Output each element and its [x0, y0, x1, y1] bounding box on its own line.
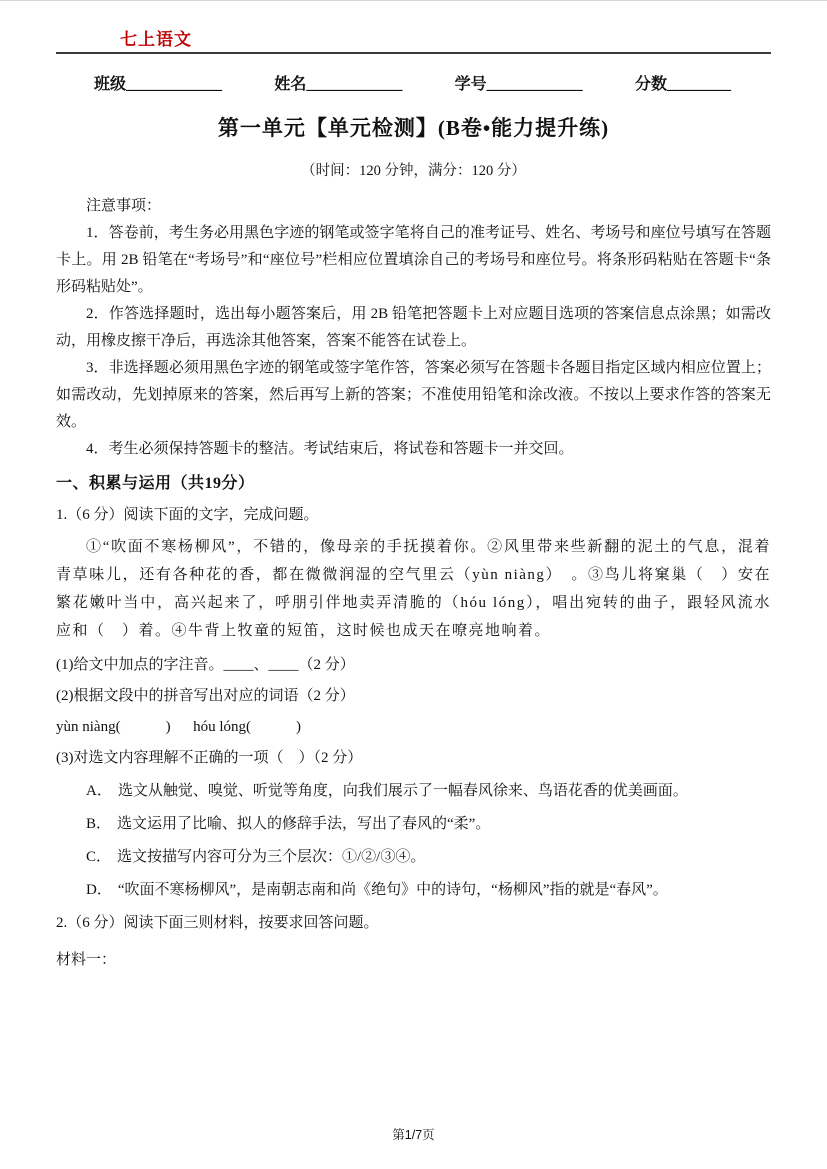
notice-item-1: 1．答卷前，考生务必用黑色字迹的钢笔或签字笔将自己的准考证号、姓名、考场号和座位… [56, 220, 771, 301]
student-id-field: 学号____________ [455, 71, 583, 94]
notice-item-2: 2．作答选择题时，选出每小题答案后，用 2B 铅笔把答题卡上对应题目选项的答案信… [56, 301, 771, 355]
option-b-text: 选文运用了比喻、拟人的修辞手法，写出了春风的“柔”。 [117, 816, 490, 832]
option-c-letter: C． [86, 849, 111, 865]
exam-page: 七上语文 班级____________ 姓名____________ 学号___… [0, 0, 827, 1169]
student-id-blank: ____________ [487, 76, 583, 93]
subquestion-2: (2)根据文段中的拼音写出对应的词语（2 分） [56, 686, 771, 707]
option-a: A．选文从触觉、嗅觉、听觉等角度，向我们展示了一幅春风徐来、鸟语花香的优美画面。 [56, 781, 771, 802]
notice-item-4: 4．考生必须保持答题卡的整洁。考试结束后，将试卷和答题卡一并交回。 [56, 436, 771, 463]
question-2-intro: 2.（6 分）阅读下面三则材料，按要求回答问题。 [56, 913, 771, 934]
course-label: 七上语文 [120, 30, 192, 49]
exam-meta: （时间：120 分钟，满分：120 分） [56, 159, 771, 180]
student-id-label: 学号 [455, 76, 487, 93]
reading-passage: ①“吹面不寒杨柳风”，不错的，像母亲的手抚摸着你。②风里带来些新翻的泥土的气息，… [56, 533, 771, 645]
page-number: 第1/7页 [0, 1125, 827, 1143]
option-b-letter: B． [86, 816, 111, 832]
score-field: 分数________ [635, 71, 731, 94]
header-divider [56, 52, 771, 54]
option-c-text: 选文按描写内容可分为三个层次：①/②/③④。 [117, 849, 425, 865]
score-label: 分数 [635, 76, 667, 93]
pinyin-answer-blanks: yùn niàng( ) hóu lóng( ) [56, 717, 771, 738]
class-field: 班级____________ [94, 71, 222, 94]
option-d: D．“吹面不寒杨柳风”，是南朝志南和尚《绝句》中的诗句，“杨柳风”指的就是“春风… [56, 880, 771, 901]
student-info-row: 班级____________ 姓名____________ 学号________… [56, 71, 771, 94]
page-title: 第一单元【单元检测】(B卷•能力提升练) [56, 112, 771, 142]
name-field: 姓名____________ [274, 71, 402, 94]
option-d-letter: D． [86, 882, 112, 898]
class-label: 班级 [94, 76, 126, 93]
option-a-letter: A． [86, 783, 112, 799]
subquestion-1: (1)给文中加点的字注音。____、____（2 分） [56, 655, 771, 676]
notice-item-3: 3．非选择题必须用黑色字迹的钢笔或签字笔作答，答案必须写在答题卡各题目指定区域内… [56, 355, 771, 436]
page-header: 七上语文 [56, 25, 771, 47]
name-label: 姓名 [274, 76, 306, 93]
question-1-intro: 1.（6 分）阅读下面的文字，完成问题。 [56, 503, 771, 527]
option-a-text: 选文从触觉、嗅觉、听觉等角度，向我们展示了一幅春风徐来、鸟语花香的优美画面。 [118, 783, 688, 799]
name-blank: ____________ [306, 76, 402, 93]
option-d-text: “吹面不寒杨柳风”，是南朝志南和尚《绝句》中的诗句，“杨柳风”指的就是“春风”。 [118, 882, 668, 898]
option-b: B．选文运用了比喻、拟人的修辞手法，写出了春风的“柔”。 [56, 814, 771, 835]
section-1-heading: 一、积累与运用（共19分） [56, 472, 771, 496]
option-c: C．选文按描写内容可分为三个层次：①/②/③④。 [56, 847, 771, 868]
class-blank: ____________ [126, 76, 222, 93]
material-1-label: 材料一： [56, 950, 771, 971]
score-blank: ________ [667, 76, 731, 93]
subquestion-3: (3)对选文内容理解不正确的一项（ ）（2 分） [56, 748, 771, 769]
notice-heading: 注意事项： [56, 193, 771, 220]
